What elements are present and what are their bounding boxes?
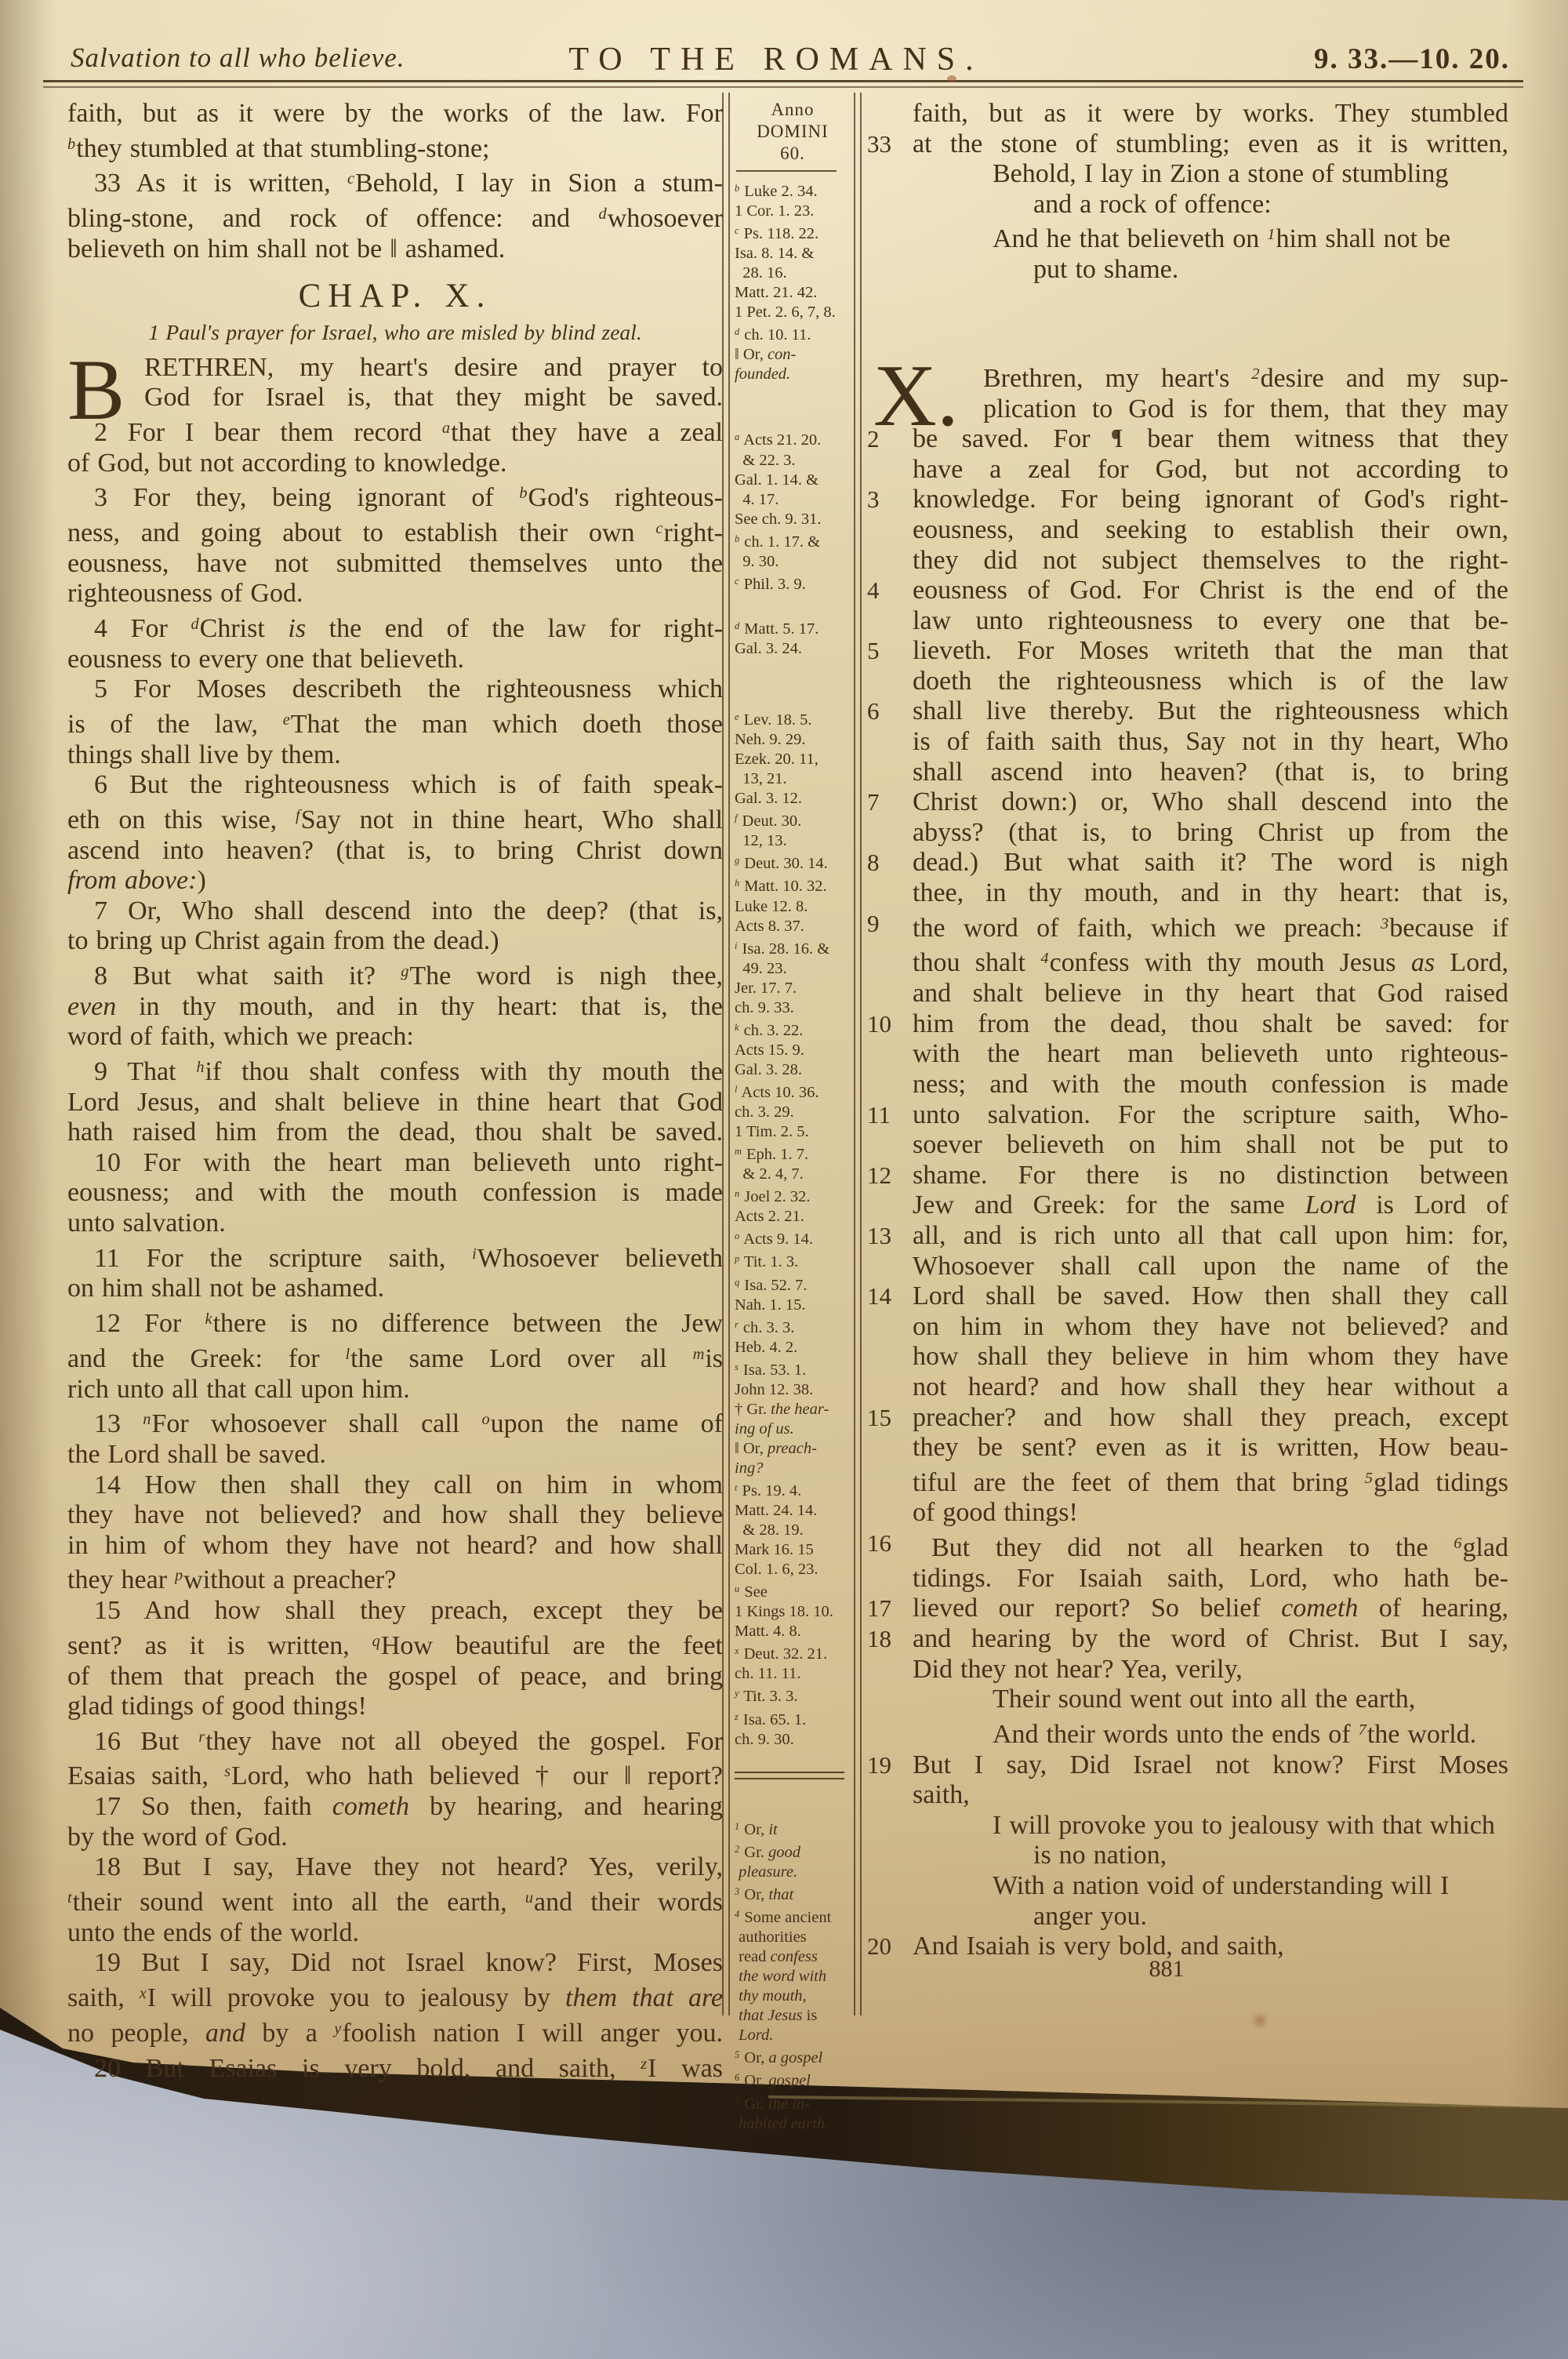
text-line: they be sent? even as it is written, How… xyxy=(867,1433,1508,1463)
note-marker: x xyxy=(735,1645,739,1656)
reference-line: r ch. 3. 3. xyxy=(735,1315,851,1338)
note-marker: u xyxy=(735,1583,739,1594)
reference-line: 2 Gr. good xyxy=(735,1840,851,1863)
reference-line: 28. 16. xyxy=(735,264,851,283)
note-marker: 1 xyxy=(735,1821,739,1832)
reference-line: b ch. 1. 17. & xyxy=(735,529,851,552)
text-line: thou shalt 4confess with thy mouth Jesus… xyxy=(867,943,1508,979)
reference-line: f Deut. 30. xyxy=(735,809,851,831)
text-line: 12 For kthere is no difference between t… xyxy=(67,1304,723,1339)
text-line: 10 For with the heart man believeth unto… xyxy=(67,1148,723,1179)
reference-line: that Jesus is xyxy=(735,2006,851,2026)
note-marker: 2 xyxy=(1251,365,1259,383)
reference-line: Gal. 1. 14. & xyxy=(735,471,851,490)
reference-line: b Luke 2. 34. xyxy=(735,179,851,202)
reference-line: d ch. 10. 11. xyxy=(735,322,851,345)
text-line: bthey stumbled at that stumbling-stone; xyxy=(67,129,723,165)
anno-domini-text: DOMINI xyxy=(735,121,851,143)
text-line: BRETHREN, my heart's desire and prayer t… xyxy=(67,353,723,383)
ink-spot xyxy=(1112,430,1119,439)
text-line: abyss? (that is, to bring Christ up from… xyxy=(867,818,1508,849)
note-marker: y xyxy=(735,1688,739,1699)
note-marker: f xyxy=(735,812,737,823)
text-line: is of faith saith thus, Say not in thy h… xyxy=(867,727,1508,758)
reference-line: read confess xyxy=(735,1947,851,1967)
text-line: 8dead.) But what saith it? The word is n… xyxy=(867,848,1508,878)
text-line: to bring up Christ again from the dead.) xyxy=(67,926,723,957)
note-marker: d xyxy=(735,620,739,631)
text-line: And he that believeth on 1him shall not … xyxy=(867,220,1508,255)
spacer xyxy=(735,659,851,707)
text-line: 19But I say, Did Israel not know? First … xyxy=(867,1750,1508,1781)
reference-line: x Deut. 32. 21. xyxy=(735,1641,851,1664)
reference-line: 1 Tim. 2. 5. xyxy=(735,1122,851,1142)
note-marker: 2 xyxy=(735,1844,739,1855)
text-line: the Lord shall be saved. xyxy=(67,1440,723,1470)
note-marker: y xyxy=(334,2020,341,2037)
text-line: 16But they did not all hearken to the 6g… xyxy=(867,1528,1508,1564)
reference-line: m Eph. 1. 7. xyxy=(735,1142,851,1165)
reference-line: ing of us. xyxy=(735,1419,851,1439)
reference-line: thy mouth, xyxy=(735,1986,851,2006)
verse-number: 3 xyxy=(867,485,909,515)
note-marker: b xyxy=(67,136,75,153)
text-line: X.Brethren, my heart's 2desire and my su… xyxy=(867,359,1508,394)
reference-line: 12, 13. xyxy=(735,831,851,851)
text-line: eousness, have not submitted themselves … xyxy=(67,549,723,580)
reference-line: See ch. 9. 31. xyxy=(735,510,851,529)
text-line: in him of whom they have not heard? and … xyxy=(67,1531,723,1561)
text-line: 5 For Moses describeth the righteousness… xyxy=(67,674,723,705)
verse-number: 4 xyxy=(867,576,909,606)
text-line: Whosoever shall call upon the name of th… xyxy=(867,1252,1508,1282)
reference-line: t Ps. 19. 4. xyxy=(735,1478,851,1501)
text-line: from above:) xyxy=(67,866,723,896)
text-line: eousness; and with the mouth confession … xyxy=(67,1178,723,1209)
note-marker: 6 xyxy=(735,2072,739,2083)
text-line: Did they not hear? Yea, verily, xyxy=(867,1655,1508,1685)
anno-domini-text: 60. xyxy=(735,143,851,165)
text-line: And their words unto the ends of 7the wo… xyxy=(867,1715,1508,1750)
note-marker: l xyxy=(735,1084,737,1095)
note-marker: c xyxy=(655,520,662,537)
text-line: 18 But I say, Have they not heard? Yes, … xyxy=(67,1852,723,1883)
note-marker: t xyxy=(735,1482,737,1493)
note-marker: q xyxy=(372,1633,380,1650)
verse-number: 7 xyxy=(867,787,909,818)
reference-line: 5 Or, a gospel xyxy=(735,2045,851,2068)
text-line: I will provoke you to jealousy with that… xyxy=(867,1811,1508,1841)
column-divider-rule xyxy=(860,93,862,2016)
text-line: 13all, and is rich unto all that call up… xyxy=(867,1221,1508,1252)
text-line: things shall live by them. xyxy=(67,740,723,771)
text-line: Jew and Greek: for the same Lord is Lord… xyxy=(867,1190,1508,1221)
text-line: put to shame. xyxy=(867,255,1508,285)
spacer xyxy=(735,1750,851,1767)
text-line: and the Greek: for lthe same Lord over a… xyxy=(67,1339,723,1375)
reference-line: q Isa. 52. 7. xyxy=(735,1273,851,1296)
note-marker: 1 xyxy=(1267,226,1275,243)
reference-line: c Phil. 3. 9. xyxy=(735,572,851,594)
reference-line: g Deut. 30. 14. xyxy=(735,851,851,874)
reference-line: Acts 2. 21. xyxy=(735,1207,851,1227)
verse-number: 8 xyxy=(867,848,909,878)
separator-rule xyxy=(736,170,837,172)
text-line: righteousness of God. xyxy=(67,579,723,609)
reference-line: l Acts 10. 36. xyxy=(735,1080,851,1103)
note-marker: x xyxy=(140,1985,147,2002)
text-line: 18and hearing by the word of Christ. But… xyxy=(867,1624,1508,1655)
note-marker: 7 xyxy=(735,2095,739,2106)
note-marker: o xyxy=(481,1411,489,1428)
text-line: ness; and with the mouth confession is m… xyxy=(867,1070,1508,1100)
text-line: of them that preach the gospel of peace,… xyxy=(67,1662,723,1692)
text-line: 8 But what saith it? gThe word is nigh t… xyxy=(67,957,723,992)
note-marker: b xyxy=(519,485,527,502)
note-marker: d xyxy=(599,205,607,223)
text-line: 11unto salvation. For the scripture sait… xyxy=(867,1100,1508,1131)
reference-line: ch. 9. 33. xyxy=(735,998,851,1018)
reference-line: John 12. 38. xyxy=(735,1380,851,1400)
note-marker: 4 xyxy=(735,1909,739,1920)
note-marker: 6 xyxy=(1454,1535,1461,1552)
text-line: 4 For dChrist is the end of the law for … xyxy=(67,609,723,645)
note-marker: 5 xyxy=(735,2049,739,2060)
reference-line: h Matt. 10. 32. xyxy=(735,874,851,896)
text-line: ascend into heaven? (that is, to bring C… xyxy=(67,836,723,867)
reference-line: p Tit. 1. 3. xyxy=(735,1249,851,1272)
reference-line: 1 Cor. 1. 23. xyxy=(735,202,851,221)
text-line: plication to God is for them, that they … xyxy=(867,394,1508,425)
text-line: ttheir sound went into all the earth, ua… xyxy=(67,1883,723,1918)
text-line: 7 Or, Who shall descend into the deep? (… xyxy=(67,896,723,927)
text-line: eousness to every one that believeth. xyxy=(67,645,723,675)
reference-line: Acts 8. 37. xyxy=(735,917,851,936)
text-line: law unto righteousness to every one that… xyxy=(867,606,1508,637)
note-marker: n xyxy=(735,1188,739,1199)
note-marker: e xyxy=(283,711,290,729)
text-line: eousness, and seeking to establish their… xyxy=(867,515,1508,546)
text-line: Esaias saith, sLord, who hath believed †… xyxy=(67,1757,723,1792)
reference-line: ch. 9. 30. xyxy=(735,1730,851,1750)
text-line: how shall they believe in him whom they … xyxy=(867,1342,1508,1372)
reference-line: habited earth. xyxy=(735,2114,851,2134)
text-line: 20 But Esaias is very bold, and saith, z… xyxy=(67,2049,723,2085)
reference-line: 7 Gr. the in- xyxy=(735,2092,851,2114)
text-line: unto salvation. xyxy=(67,1209,723,1239)
chapter-verse-range: 9. 33.—10. 20. xyxy=(1314,42,1510,76)
reference-line: Gal. 3. 28. xyxy=(735,1060,851,1080)
text-line: 7Christ down:) or, Who shall descend int… xyxy=(867,787,1508,818)
note-marker: d xyxy=(191,616,198,633)
text-line: 33 As it is written, cBehold, I lay in S… xyxy=(67,164,723,199)
note-marker: a xyxy=(735,431,739,442)
text-line: 19 But I say, Did not Israel know? First… xyxy=(67,1948,723,1979)
chapter: CHAP. X. xyxy=(67,278,723,315)
text-line: unto the ends of the world. xyxy=(67,1918,723,1949)
text-line: tidings. For Isaiah saith, Lord, who hat… xyxy=(867,1564,1508,1594)
reference-line: 4 Some ancient xyxy=(735,1905,851,1928)
reference-line: 1 Or, it xyxy=(735,1817,851,1840)
verse-number: 6 xyxy=(867,696,909,727)
text-line: doeth the righteousness which is of the … xyxy=(867,667,1508,697)
spacer xyxy=(735,1784,851,1817)
text-line: 6shall live thereby. But the righteousne… xyxy=(867,696,1508,727)
reference-line: e Lev. 18. 5. xyxy=(735,707,851,730)
reference-line: c Ps. 118. 22. xyxy=(735,221,851,244)
column-divider-rule xyxy=(728,93,730,2016)
reference-line: Gal. 3. 12. xyxy=(735,789,851,809)
note-marker: s xyxy=(224,1763,230,1780)
reference-line: † Gr. the hear- xyxy=(735,1400,851,1419)
double-separator-rule xyxy=(735,1772,844,1779)
text-line: 17lieved our report? So belief cometh of… xyxy=(867,1594,1508,1624)
reference-line: founded. xyxy=(735,365,851,384)
text-line: 10him from the dead, thou shalt be saved… xyxy=(867,1009,1508,1040)
reference-line: 9. 30. xyxy=(735,552,851,572)
text-line: ness, and going about to establish their… xyxy=(67,514,723,549)
note-marker: m xyxy=(735,1146,742,1157)
note-marker: c xyxy=(735,576,739,587)
reference-line: & 2. 4, 7. xyxy=(735,1165,851,1184)
note-marker: 7 xyxy=(1359,1721,1367,1739)
reference-line: ‖ Or, con- xyxy=(735,345,851,365)
note-marker: f xyxy=(296,807,300,824)
note-marker: i xyxy=(472,1245,477,1263)
text-line: with the heart man believeth unto righte… xyxy=(867,1039,1508,1070)
rv-text-column: faith, but as it were by works. They stu… xyxy=(867,99,1508,1962)
reference-line: Neh. 9. 29. xyxy=(735,730,851,750)
text-line: 9the word of faith, which we preach: 3be… xyxy=(867,909,1508,944)
reference-line: d Matt. 5. 17. xyxy=(735,616,851,639)
verse-number: 13 xyxy=(867,1221,909,1252)
reference-line: Acts 15. 9. xyxy=(735,1041,851,1060)
text-line: 15preacher? and how shall they preach, e… xyxy=(867,1403,1508,1434)
text-line: saith, xI will provoke you to jealousy b… xyxy=(67,1979,723,2014)
reference-line: 4. 17. xyxy=(735,490,851,510)
text-line: Lord Jesus, and shalt believe in thine h… xyxy=(67,1088,723,1118)
text-line: 14Lord shall be saved. How then shall th… xyxy=(867,1281,1508,1312)
note-marker: t xyxy=(67,1889,72,1906)
anno-domini-text: Anno xyxy=(735,99,851,121)
reference-line: z Isa. 65. 1. xyxy=(735,1707,851,1730)
text-line: and a rock of offence: xyxy=(867,190,1508,220)
verse-number: 10 xyxy=(867,1009,909,1040)
note-marker: r xyxy=(735,1319,739,1330)
note-marker: 3 xyxy=(735,1886,739,1897)
verse-number: 18 xyxy=(867,1624,909,1655)
text-line: 13 nFor whosoever shall call oupon the n… xyxy=(67,1405,723,1440)
reference-line: Gal. 3. 24. xyxy=(735,639,851,659)
paper-stain xyxy=(1250,2012,1270,2029)
note-marker: p xyxy=(735,1253,739,1264)
verse-number: 20 xyxy=(867,1932,909,1962)
page-number: 881 xyxy=(1104,1956,1229,1983)
reference-line: 1 Pet. 2. 6, 7, 8. xyxy=(735,303,851,322)
note-marker: u xyxy=(525,1889,533,1906)
reference-line: ch. 3. 29. xyxy=(735,1103,851,1122)
text-line: they did not subject themselves to the r… xyxy=(867,546,1508,576)
text-line: even in thy mouth, and in thy heart: tha… xyxy=(67,992,723,1023)
note-marker: n xyxy=(143,1411,151,1428)
text-line: have a zeal for God, but not according t… xyxy=(867,455,1508,485)
verse-number: 17 xyxy=(867,1594,909,1624)
paper-stain xyxy=(947,75,956,82)
verse-number: 11 xyxy=(867,1100,909,1131)
reference-line: Jer. 17. 7. xyxy=(735,979,851,998)
spacer xyxy=(735,594,851,616)
reference-line: Isa. 8. 14. & xyxy=(735,244,851,264)
text-line: of God, but not according to knowledge. xyxy=(67,449,723,479)
reference-line: s Isa. 53. 1. xyxy=(735,1358,851,1380)
text-line: 5lieveth. For Moses writeth that the man… xyxy=(867,636,1508,667)
reference-line: Matt. 24. 14. xyxy=(735,1501,851,1521)
text-line: they hear pwithout a preacher? xyxy=(67,1561,723,1596)
text-line: 33at the stone of stumbling; even as it … xyxy=(867,129,1508,160)
verse-number: 2 xyxy=(867,424,909,455)
text-line: word of faith, which we preach: xyxy=(67,1022,723,1052)
note-marker: i xyxy=(735,940,737,951)
note-marker: b xyxy=(735,183,739,194)
header-rule xyxy=(43,86,1523,88)
note-marker: k xyxy=(735,1022,739,1033)
text-line: not heard? and how shall they hear witho… xyxy=(867,1372,1508,1403)
reference-line: u See xyxy=(735,1579,851,1602)
reference-line: pleasure. xyxy=(735,1863,851,1882)
text-line: on him shall not be ashamed. xyxy=(67,1274,723,1304)
spacer xyxy=(735,384,851,427)
note-marker: a xyxy=(442,420,450,437)
note-marker: e xyxy=(735,711,739,722)
text-line: on him in whom they have not believed? a… xyxy=(867,1312,1508,1343)
text-line: Their sound went out into all the earth, xyxy=(867,1685,1508,1715)
text-line: glad tidings of good things! xyxy=(67,1692,723,1722)
note-marker: d xyxy=(735,326,739,337)
verse-number: 12 xyxy=(867,1161,909,1191)
cross-reference-column: AnnoDOMINI60.b Luke 2. 34.1 Cor. 1. 23.c… xyxy=(735,99,851,2134)
reference-line: Heb. 4. 2. xyxy=(735,1338,851,1358)
reference-line: & 22. 3. xyxy=(735,451,851,471)
argument: 1 Paul's prayer for Israel, who are misl… xyxy=(67,320,723,345)
note-marker: h xyxy=(196,1059,204,1076)
verse-number: 33 xyxy=(867,129,909,160)
text-line: 6 But the righteousness which is of fait… xyxy=(67,770,723,801)
text-line: hath raised him from the dead, thou shal… xyxy=(67,1118,723,1148)
bible-page-photo: Salvation to all who believe. TO THE ROM… xyxy=(0,0,1568,2359)
text-line: 4eousness of God. For Christ is the end … xyxy=(867,576,1508,606)
note-marker: 4 xyxy=(1040,950,1048,967)
text-line: sent? as it is written, qHow beautiful a… xyxy=(67,1627,723,1662)
text-line: 2 For I bear them record athat they have… xyxy=(67,413,723,449)
note-marker: z xyxy=(735,1711,739,1722)
text-line: God for Israel is, that they might be sa… xyxy=(67,383,723,413)
reference-line: 1 Kings 18. 10. xyxy=(735,1602,851,1622)
reference-line: Matt. 4. 8. xyxy=(735,1622,851,1641)
kjv-text-column: faith, but as it were by the works of th… xyxy=(67,99,723,2084)
reference-line: y Tit. 3. 3. xyxy=(735,1684,851,1707)
reference-line: 6 Or, gospel xyxy=(735,2068,851,2091)
header-rule xyxy=(43,80,1523,82)
reference-line: authorities xyxy=(735,1928,851,1947)
note-marker: z xyxy=(641,2055,647,2073)
reference-line: 3 Or, that xyxy=(735,1882,851,1905)
column-divider-rule xyxy=(854,93,855,2016)
verse-number: 9 xyxy=(867,909,909,940)
verse-number: 19 xyxy=(867,1750,909,1781)
reference-line: the word with xyxy=(735,1967,851,1986)
note-marker: g xyxy=(735,855,739,866)
text-line: Behold, I lay in Zion a stone of stumbli… xyxy=(867,159,1508,190)
verse-number: 5 xyxy=(867,636,909,667)
verse-number: 14 xyxy=(867,1281,909,1312)
note-marker: c xyxy=(735,225,739,236)
note-marker: p xyxy=(175,1567,183,1584)
reference-line: Lord. xyxy=(735,2026,851,2045)
text-line: thee, in thy mouth, and in thy heart: th… xyxy=(867,878,1508,909)
text-line: of good things! xyxy=(867,1498,1508,1528)
text-line: 3knowledge. For being ignorant of God's … xyxy=(867,485,1508,515)
text-line: tiful are the feet of them that bring 5g… xyxy=(867,1463,1508,1499)
note-marker: q xyxy=(735,1277,739,1288)
note-marker: g xyxy=(401,963,408,980)
text-line: is of the law, eThat the man which doeth… xyxy=(67,705,723,740)
reference-line: 49. 23. xyxy=(735,959,851,979)
text-line: 16 But rthey have not all obeyed the gos… xyxy=(67,1722,723,1757)
text-line: shall ascend into heaven? (that is, to b… xyxy=(867,758,1508,788)
text-line: is no nation, xyxy=(867,1841,1508,1871)
note-marker: 3 xyxy=(1381,915,1388,932)
text-line: rich unto all that call upon him. xyxy=(67,1375,723,1405)
reference-line: ch. 11. 11. xyxy=(735,1664,851,1684)
text-line: faith, but as it were by works. They stu… xyxy=(867,99,1508,129)
reference-line: k ch. 3. 22. xyxy=(735,1018,851,1041)
reference-line: ing? xyxy=(735,1459,851,1478)
text-line: 14 How then shall they call on him in wh… xyxy=(67,1470,723,1501)
note-marker: k xyxy=(205,1310,212,1328)
reference-line: Matt. 21. 42. xyxy=(735,283,851,303)
text-line: 11 For the scripture saith, iWhosoever b… xyxy=(67,1239,723,1274)
reference-line: 13, 21. xyxy=(735,769,851,789)
reference-line: n Joel 2. 32. xyxy=(735,1184,851,1207)
note-marker: o xyxy=(735,1230,739,1241)
reference-line: & 28. 19. xyxy=(735,1521,851,1540)
text-line: no people, and by a yfoolish nation I wi… xyxy=(67,2014,723,2049)
text-line: believeth on him shall not be ‖ ashamed. xyxy=(67,234,723,265)
text-line: bling-stone, and rock of offence: and dw… xyxy=(67,199,723,234)
text-line: anger you. xyxy=(867,1902,1508,1932)
reference-line: Mark 16. 15 xyxy=(735,1540,851,1560)
text-line: 9 That hif thou shalt confess with thy m… xyxy=(67,1052,723,1088)
text-line: by the word of God. xyxy=(67,1823,723,1853)
reference-line: ‖ Or, preach- xyxy=(735,1439,851,1459)
note-marker: h xyxy=(735,878,739,889)
text-line: 15 And how shall they preach, except the… xyxy=(67,1596,723,1627)
reference-line: Ezek. 20. 11, xyxy=(735,750,851,769)
note-marker: r xyxy=(198,1728,205,1746)
verse-number: 16 xyxy=(867,1528,909,1559)
text-line: 12shame. For there is no distinction bet… xyxy=(867,1161,1508,1191)
text-line: 2be saved. For I bear them witness that … xyxy=(867,424,1508,455)
reference-line: Nah. 1. 15. xyxy=(735,1296,851,1315)
reference-line: Luke 12. 8. xyxy=(735,897,851,917)
text-line: 17 So then, faith cometh by hearing, and… xyxy=(67,1792,723,1823)
text-line: soever believeth on him shall not be put… xyxy=(867,1130,1508,1161)
reference-line: i Isa. 28. 16. & xyxy=(735,936,851,959)
note-marker: l xyxy=(345,1346,350,1363)
note-marker: 5 xyxy=(1365,1470,1373,1487)
note-marker: b xyxy=(735,533,739,544)
text-line: faith, but as it were by the works of th… xyxy=(67,99,723,129)
